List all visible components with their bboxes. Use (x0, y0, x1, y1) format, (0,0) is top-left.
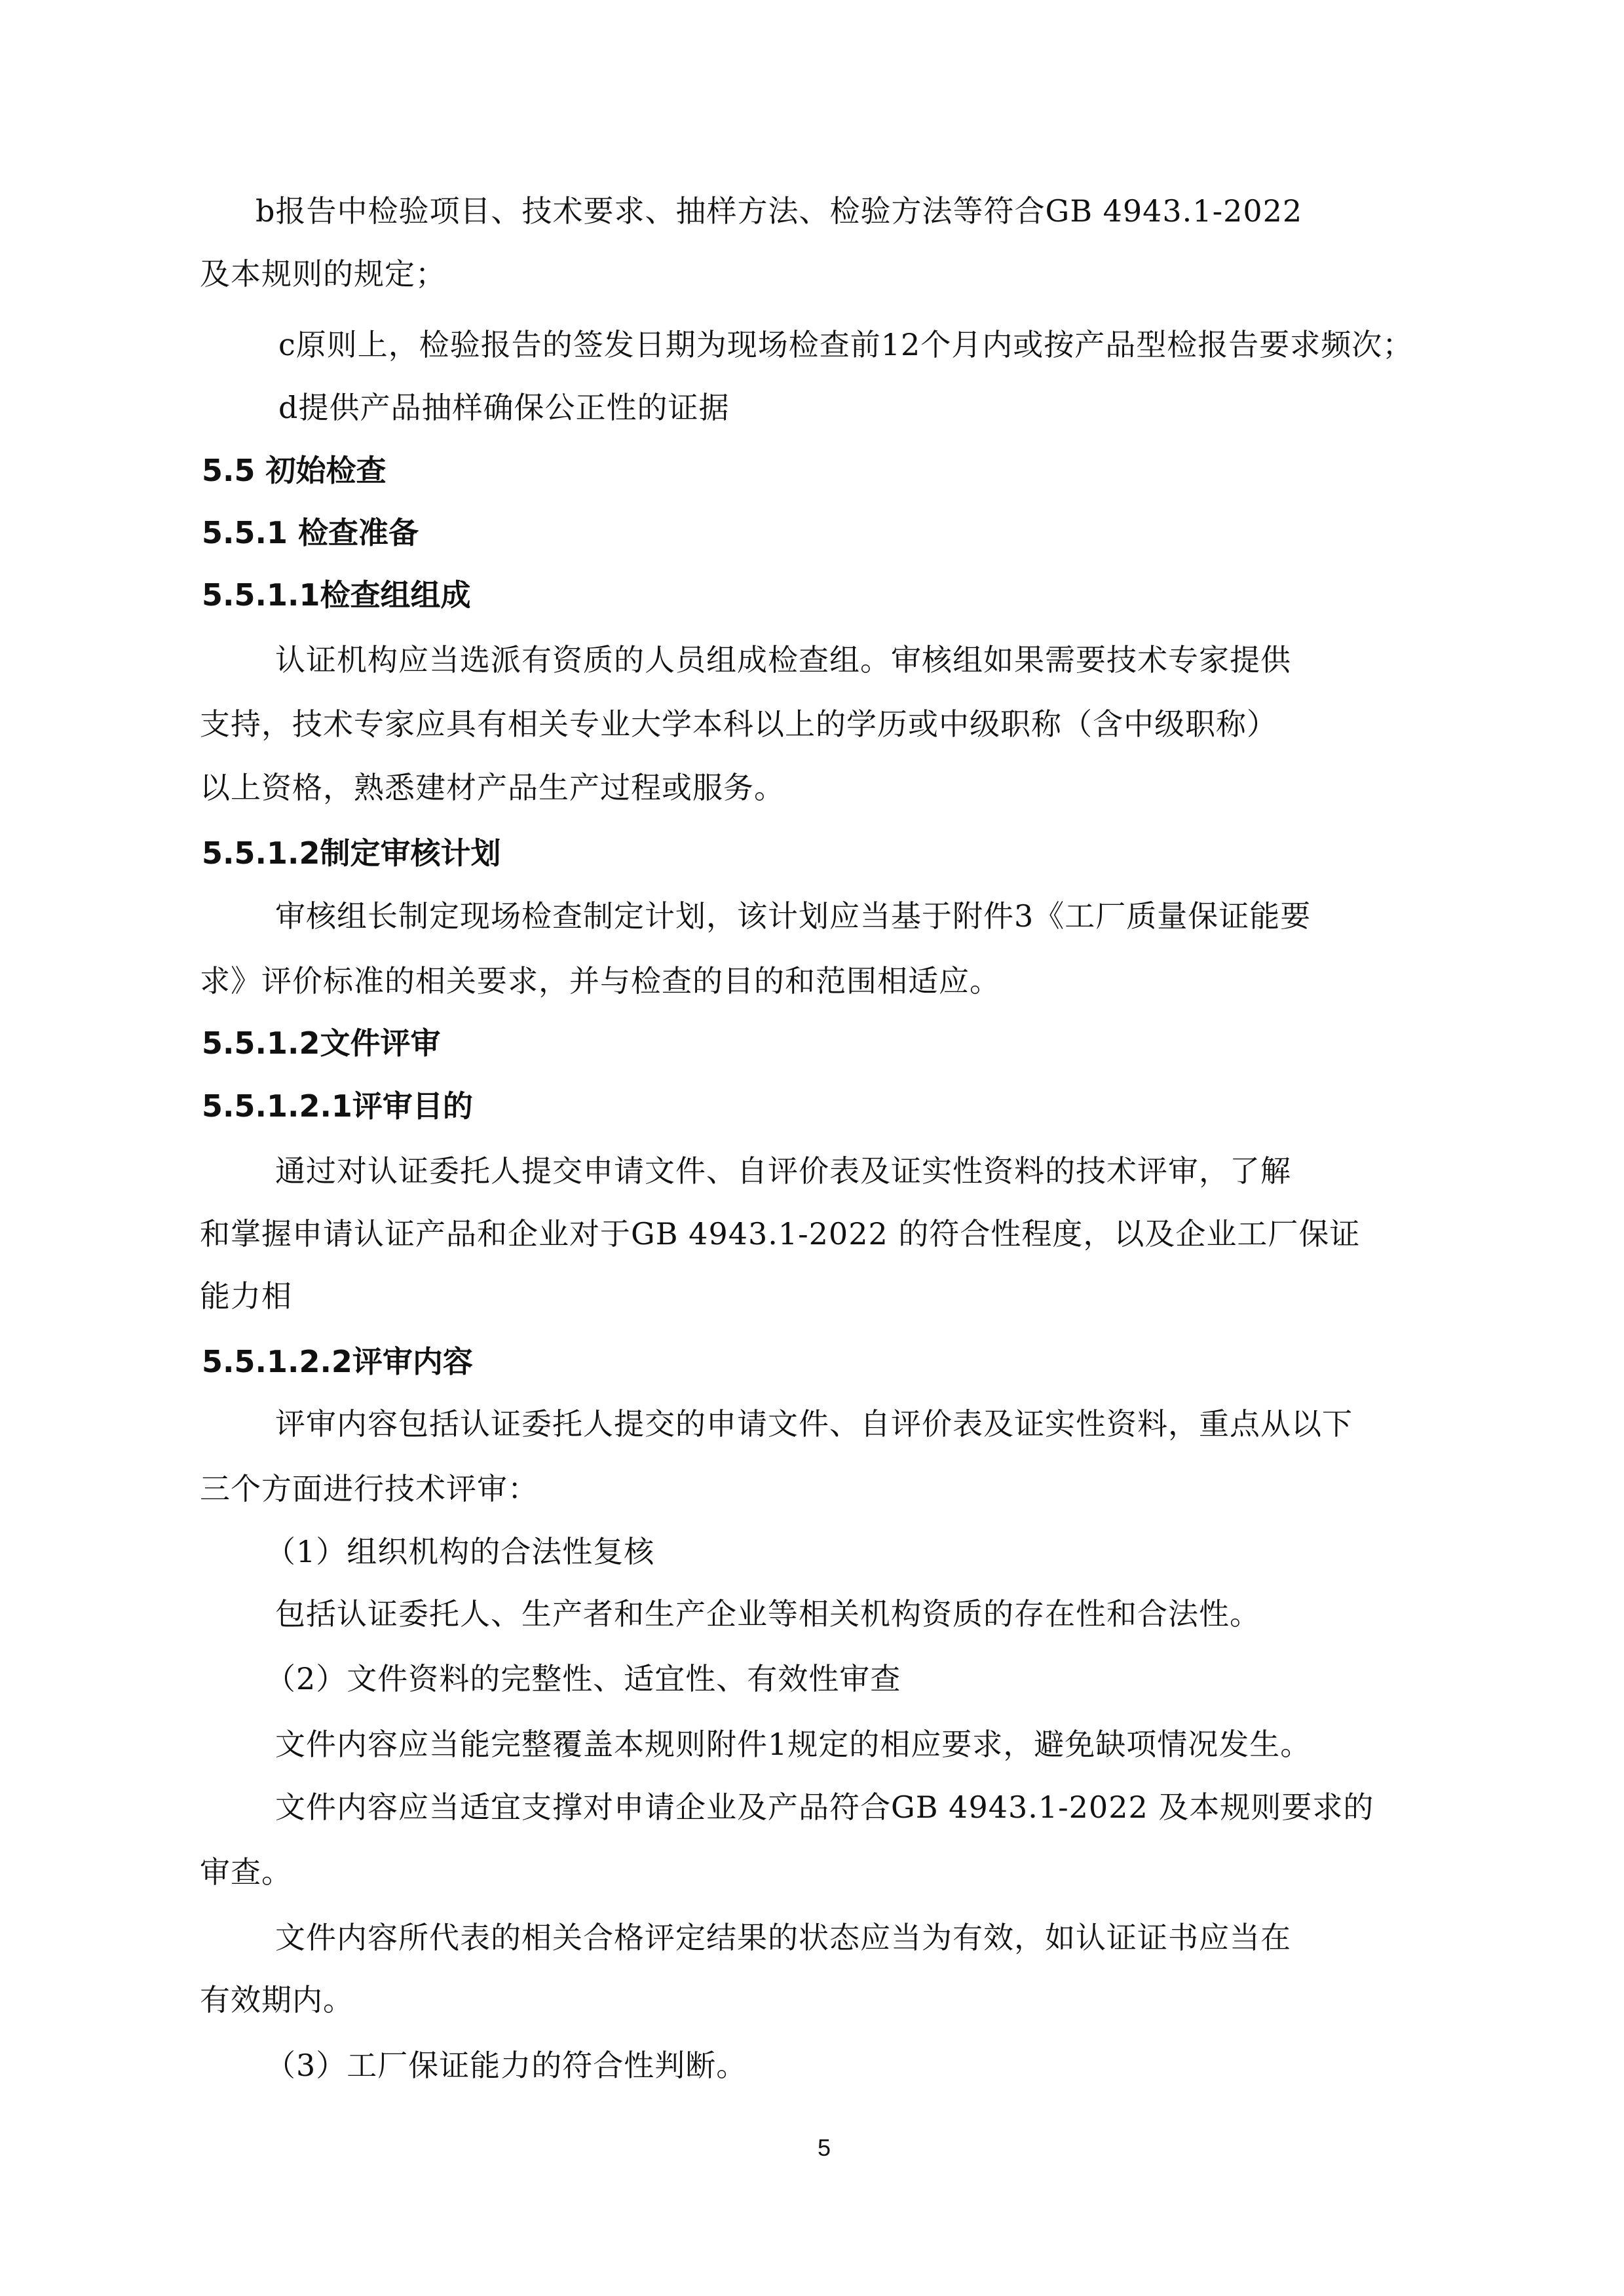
paragraph-line: 通过对认证委托人提交申请文件、自评价表及证实性资料的技术评审，了解 (275, 1151, 1291, 1191)
numbered-item-2: （2）文件资料的完整性、适宜性、有效性审查 (265, 1659, 901, 1698)
list-item-c: c原则上，检验报告的签发日期为现场检查前12个月内或按产品型检报告要求频次； (278, 325, 1413, 364)
paragraph-line: 文件内容应当适宜支撑对申请企业及产品符合GB 4943.1-2022 及本规则要… (275, 1788, 1374, 1827)
list-item-d: d提供产品抽样确保公正性的证据 (278, 388, 729, 427)
paragraph-line: 三个方面进行技术评审： (200, 1469, 538, 1508)
paragraph-line: 能力相 (200, 1276, 292, 1316)
paragraph-line: 评审内容包括认证委托人提交的申请文件、自评价表及证实性资料，重点从以下 (275, 1404, 1353, 1444)
paragraph-line: 和掌握申请认证产品和企业对于GB 4943.1-2022 的符合性程度，以及企业… (200, 1214, 1360, 1253)
section-heading-5-5-1-2-1: 5.5.1.2.1评审目的 (202, 1086, 473, 1126)
section-heading-5-5-1-2-2: 5.5.1.2.2评审内容 (202, 1342, 473, 1381)
section-heading-5-5-1-1: 5.5.1.1检查组组成 (202, 575, 470, 615)
numbered-item-3: （3）工厂保证能力的符合性判断。 (265, 2046, 747, 2085)
page-number: 5 (818, 2135, 831, 2161)
section-heading-5-5-1-2-review: 5.5.1.2文件评审 (202, 1024, 440, 1063)
numbered-item-1: （1）组织机构的合法性复核 (265, 1532, 654, 1571)
paragraph-line: 文件内容所代表的相关合格评定结果的状态应当为有效，如认证证书应当在 (275, 1918, 1291, 1957)
section-heading-5-5-1-2-plan: 5.5.1.2制定审核计划 (202, 833, 500, 873)
paragraph-line: 包括认证委托人、生产者和生产企业等相关机构资质的存在性和合法性。 (275, 1594, 1260, 1634)
paragraph-line: 求》评价标准的相关要求，并与检查的目的和范围相适应。 (200, 961, 1000, 1001)
list-item-b: b报告中检验项目、技术要求、抽样方法、检验方法等符合GB 4943.1-2022 (255, 191, 1302, 231)
paragraph-line: 以上资格，熟悉建材产品生产过程或服务。 (200, 768, 785, 807)
paragraph-line: 审核组长制定现场检查制定计划，该计划应当基于附件3《工厂质量保证能要 (275, 896, 1311, 936)
paragraph-line: 认证机构应当选派有资质的人员组成检查组。审核组如果需要技术专家提供 (275, 640, 1291, 679)
paragraph-line: 有效期内。 (200, 1980, 354, 2019)
document-page: b报告中检验项目、技术要求、抽样方法、检验方法等符合GB 4943.1-2022… (0, 0, 1624, 2296)
list-item-b-continued: 及本规则的规定； (200, 254, 446, 294)
paragraph-line: 文件内容应当能完整覆盖本规则附件1规定的相应要求，避免缺项情况发生。 (275, 1725, 1311, 1764)
paragraph-line: 支持，技术专家应具有相关专业大学本科以上的学历或中级职称（含中级职称） (200, 704, 1277, 744)
section-heading-5-5-1: 5.5.1 检查准备 (202, 513, 419, 552)
paragraph-line: 审查。 (200, 1852, 292, 1892)
section-heading-5-5: 5.5 初始检查 (202, 451, 387, 490)
